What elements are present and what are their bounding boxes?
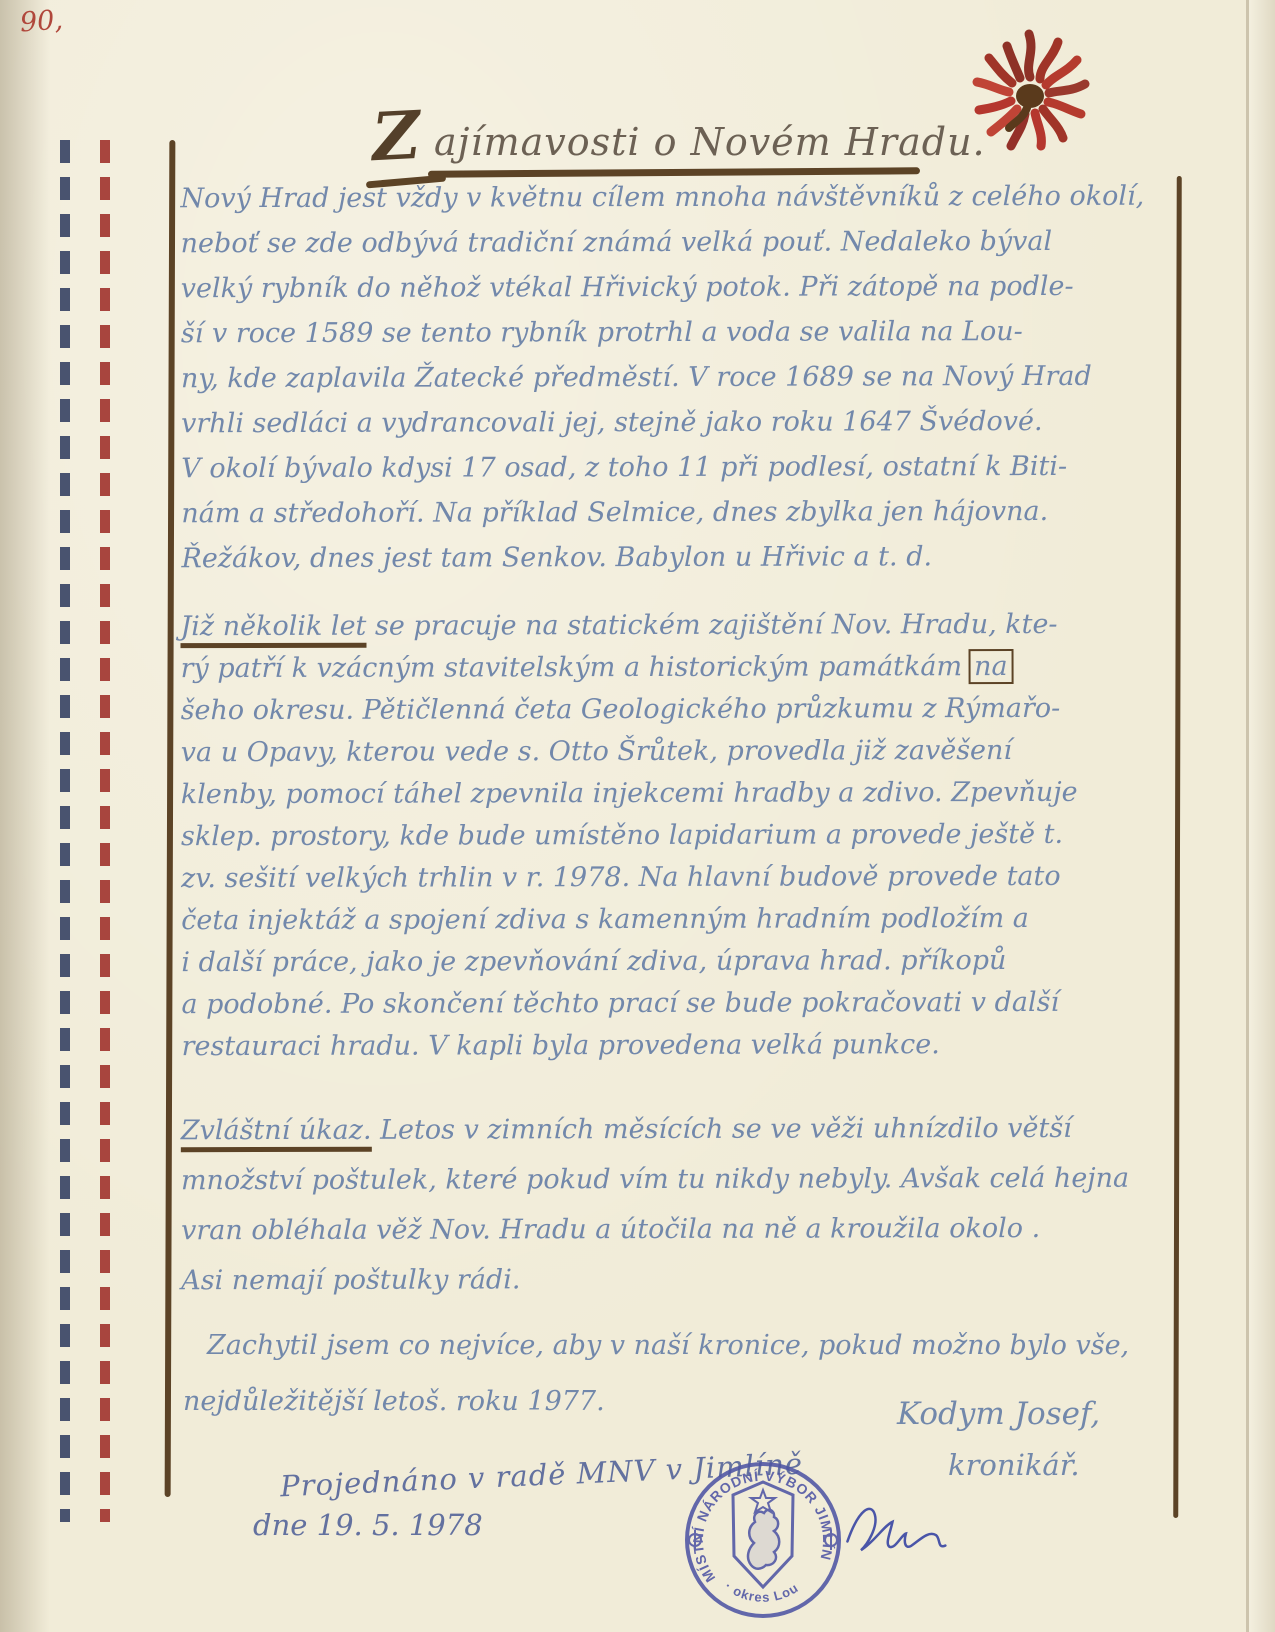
handwritten-line: neboť se zde odbývá tradiční známá velká… <box>181 219 1145 267</box>
left-dashed-border-red <box>100 140 110 1522</box>
handwritten-line: va u Opavy, kterou vede s. Otto Šrůtek, … <box>181 730 1078 774</box>
stamp-star-icon <box>751 1490 775 1512</box>
handwritten-line: vrhli sedláci a vydrancovali jej, stejně… <box>181 399 1145 447</box>
handwritten-line: ší v roce 1589 se tento rybník protrhl a… <box>181 309 1145 357</box>
handwritten-line: rý patří k vzácným stavitelským a histor… <box>181 646 1078 690</box>
line-text: rý patří k vzácným stavitelským a histor… <box>181 651 963 684</box>
handwritten-line: a podobné. Po skončení těchto prací se b… <box>181 982 1078 1026</box>
handwritten-line: Řežákov, dnes jest tam Senkov. Babylon u… <box>181 534 1145 582</box>
closing-note-line1: Zachytil jsem co nejvíce, aby v naší kro… <box>207 1330 1129 1361</box>
underlined-phrase: Zvláštní úkaz. <box>181 1115 372 1152</box>
chronicle-page-scan: 90, Z ajímavosti o Novém Hradu. Nový Hr <box>0 0 1275 1632</box>
chronicle-title-initial: Z <box>370 105 421 167</box>
paragraph-history: Nový Hrad jest vždy v květnu cílem mnoha… <box>180 174 1145 582</box>
handwritten-line: vran obléhala věž Nov. Hradu a útočila n… <box>181 1204 1129 1256</box>
approval-note-line2: dne 19. 5. 1978 <box>253 1508 483 1542</box>
handwritten-line: zv. sešití velkých trhlin v r. 1978. Na … <box>181 856 1078 900</box>
page-gutter-shadow <box>0 0 50 1632</box>
paragraph-restoration: Již několik let se pracuje na statickém … <box>180 604 1078 1068</box>
handwritten-line: klenby, pomocí táhel zpevnila injekcemi … <box>181 772 1078 816</box>
handwritten-line: Již několik let se pracuje na statickém … <box>180 604 1077 648</box>
frame-line-right <box>1173 176 1182 1518</box>
boxed-word: na <box>968 649 1014 684</box>
line-text: Letos v zimních měsících se ve věži uhní… <box>371 1113 1071 1146</box>
chronicler-signature-role: kronikář. <box>948 1448 1080 1482</box>
handwritten-line: četa injektáž a spojení zdiva s kamenným… <box>181 898 1078 942</box>
handwritten-line: i další práce, jako je zpevňování zdiva,… <box>181 940 1078 984</box>
left-dashed-border-navy <box>60 140 70 1522</box>
handwritten-line: Asi nemají poštulky rádi. <box>181 1254 1129 1306</box>
closing-note-line2: nejdůležitější letoš. roku 1977. <box>183 1386 605 1417</box>
official-signature-squiggle <box>840 1489 954 1575</box>
stamp-lion-icon <box>748 1510 779 1569</box>
handwritten-line: množství poštulek, které pokud vím tu ni… <box>181 1154 1129 1206</box>
underlined-phrase: Již několik let <box>180 611 366 648</box>
handwritten-line: restauraci hradu. V kapli byla provedena… <box>181 1024 1078 1068</box>
handwritten-line: Zvláštní úkaz. Letos v zimních měsících … <box>181 1104 1129 1156</box>
handwritten-line: V okolí bývalo kdysi 17 osad, z toho 11 … <box>181 444 1145 492</box>
handwritten-line: velký rybník do něhož vtékal Hřivický po… <box>181 264 1145 312</box>
flower-center-dot <box>1016 84 1044 108</box>
page-number: 90, <box>19 5 64 39</box>
handwritten-line: Nový Hrad jest vždy v květnu cílem mnoha… <box>180 174 1144 222</box>
paragraph-bird-phenomenon: Zvláštní úkaz. Letos v zimních měsících … <box>181 1104 1130 1306</box>
frame-line-left <box>165 140 176 1497</box>
handwritten-line: ny, kde zaplavila Žatecké předměstí. V r… <box>181 354 1145 402</box>
chronicle-title: ajímavosti o Novém Hradu. <box>434 120 986 164</box>
handwritten-line: sklep. prostory, kde bude umístěno lapid… <box>181 814 1078 858</box>
page-edge-shade <box>1249 0 1275 1632</box>
chronicler-signature-name: Kodym Josef, <box>897 1396 1100 1432</box>
line-text: se pracuje na statickém zajištění Nov. H… <box>366 609 1057 642</box>
handwritten-line: nám a středohoří. Na příklad Selmice, dn… <box>181 489 1145 537</box>
handwritten-line: šeho okresu. Pětičlenná četa Geologickéh… <box>181 688 1078 732</box>
